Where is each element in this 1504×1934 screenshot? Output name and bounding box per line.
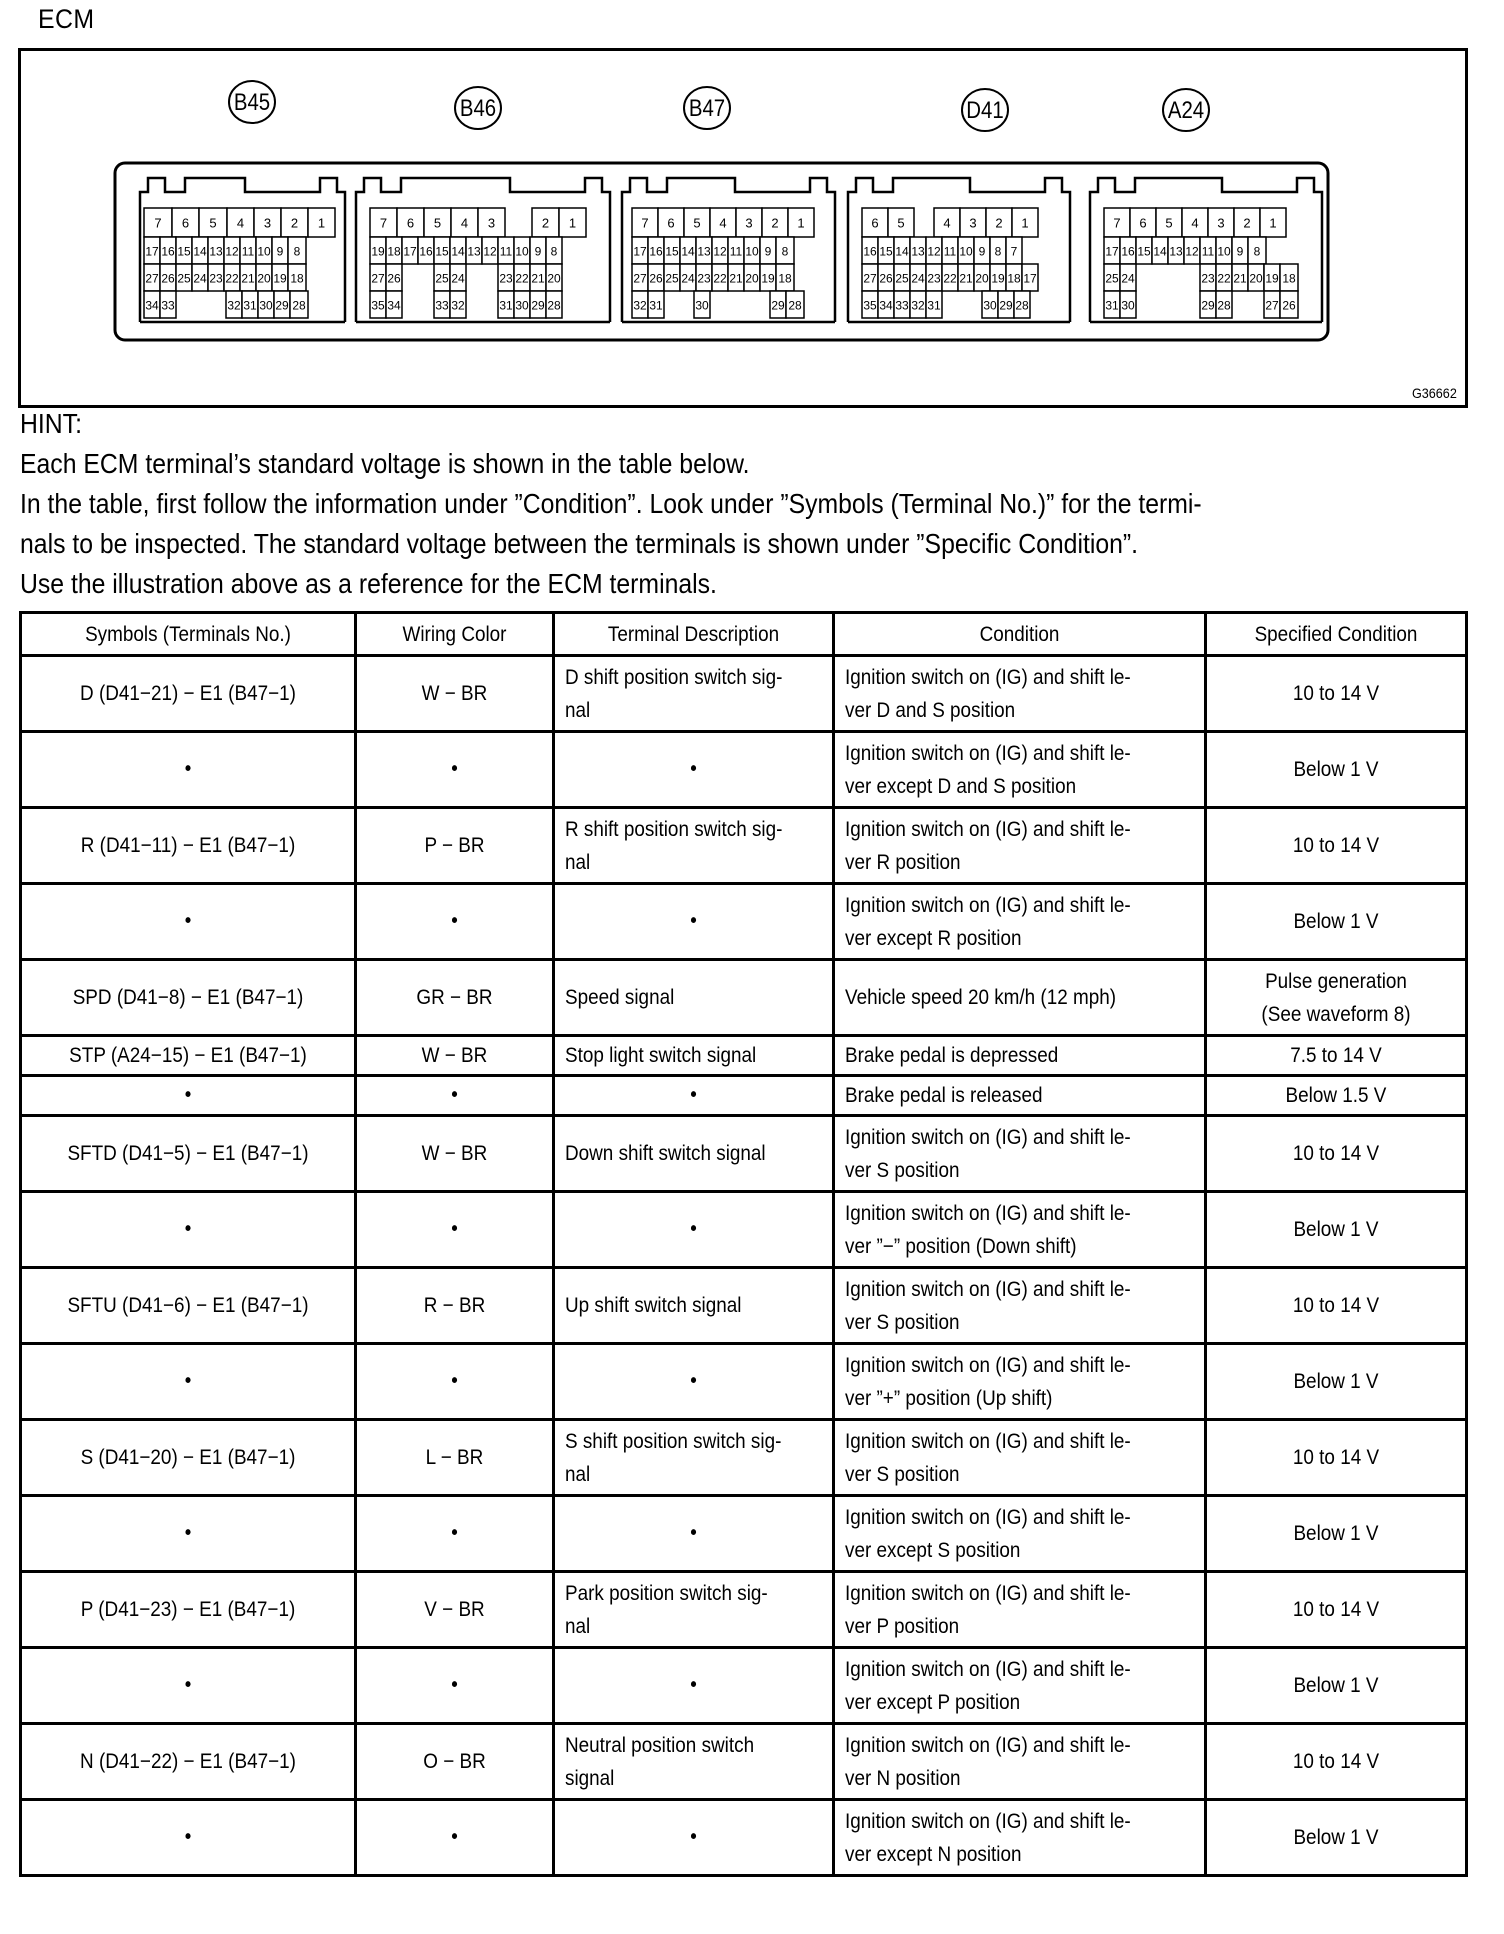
svg-text:20: 20 (547, 272, 561, 286)
cell-terminal-description: • (554, 1076, 834, 1116)
table-row: N (D41−22) − E1 (B47−1)O − BRNeutral pos… (21, 1724, 1467, 1800)
svg-text:14: 14 (895, 245, 909, 259)
svg-text:29: 29 (999, 299, 1013, 313)
table-row: SPD (D41−8) − E1 (B47−1)GR − BRSpeed sig… (21, 960, 1467, 1036)
svg-text:19: 19 (371, 245, 385, 259)
svg-text:35: 35 (371, 299, 385, 313)
cell-condition: Brake pedal is depressed (834, 1036, 1206, 1076)
table-row: P (D41−23) − E1 (B47−1)V − BRPark positi… (21, 1572, 1467, 1648)
connector-label-a24: A24 (1163, 89, 1209, 131)
cell-specified-condition: 10 to 14 V (1206, 1420, 1467, 1496)
svg-text:20: 20 (975, 272, 989, 286)
cell-specified-condition: Below 1 V (1206, 1192, 1467, 1268)
svg-text:33: 33 (435, 299, 449, 313)
svg-text:5: 5 (209, 216, 216, 231)
svg-text:13: 13 (911, 245, 925, 259)
svg-text:8: 8 (1254, 245, 1261, 259)
svg-text:11: 11 (500, 245, 513, 259)
table-row: •••Ignition switch on (IG) and shift le-… (21, 732, 1467, 808)
hint-title: HINT: (20, 404, 1303, 444)
cell-condition: Ignition switch on (IG) and shift le- ve… (834, 656, 1206, 732)
svg-text:11: 11 (1202, 245, 1215, 259)
svg-text:5: 5 (897, 216, 904, 231)
cell-wiring-color: L − BR (356, 1420, 554, 1496)
cell-terminal-description: • (554, 732, 834, 808)
svg-text:26: 26 (879, 272, 893, 286)
svg-text:21: 21 (531, 272, 545, 286)
svg-text:23: 23 (209, 272, 223, 286)
svg-text:25: 25 (177, 272, 191, 286)
svg-text:27: 27 (633, 272, 647, 286)
cell-wiring-color: • (356, 1648, 554, 1724)
cell-condition: Ignition switch on (IG) and shift le- ve… (834, 1572, 1206, 1648)
svg-text:13: 13 (697, 245, 711, 259)
svg-text:9: 9 (535, 245, 542, 259)
svg-text:14: 14 (451, 245, 465, 259)
svg-text:8: 8 (294, 245, 301, 259)
cell-wiring-color: V − BR (356, 1572, 554, 1648)
svg-text:4: 4 (237, 216, 244, 231)
cell-condition: Brake pedal is released (834, 1076, 1206, 1116)
svg-text:1: 1 (318, 216, 325, 231)
svg-text:13: 13 (467, 245, 481, 259)
cell-condition: Ignition switch on (IG) and shift le- ve… (834, 1800, 1206, 1876)
svg-text:26: 26 (1282, 299, 1296, 313)
svg-text:3: 3 (488, 216, 495, 231)
svg-text:20: 20 (745, 272, 759, 286)
svg-text:21: 21 (1233, 272, 1247, 286)
svg-text:28: 28 (292, 299, 306, 313)
header-symbols: Symbols (Terminals No.) (21, 613, 356, 656)
svg-text:16: 16 (161, 245, 175, 259)
cell-symbol: • (21, 884, 356, 960)
cell-terminal-description: Neutral position switch signal (554, 1724, 834, 1800)
cell-specified-condition: 10 to 14 V (1206, 656, 1467, 732)
svg-text:14: 14 (1153, 245, 1167, 259)
svg-text:16: 16 (649, 245, 663, 259)
cell-wiring-color: P − BR (356, 808, 554, 884)
svg-text:28: 28 (788, 299, 802, 313)
svg-text:18: 18 (387, 245, 401, 259)
svg-text:15: 15 (177, 245, 191, 259)
svg-text:30: 30 (259, 299, 273, 313)
svg-text:17: 17 (1023, 272, 1037, 286)
cell-terminal-description: • (554, 1800, 834, 1876)
svg-text:29: 29 (1201, 299, 1215, 313)
cell-condition: Ignition switch on (IG) and shift le- ve… (834, 1648, 1206, 1724)
table-row: •••Brake pedal is releasedBelow 1.5 V (21, 1076, 1467, 1116)
svg-text:3: 3 (969, 216, 976, 231)
svg-text:27: 27 (863, 272, 877, 286)
svg-text:33: 33 (895, 299, 909, 313)
svg-text:1: 1 (569, 216, 576, 231)
svg-text:6: 6 (407, 216, 414, 231)
svg-text:10: 10 (745, 245, 759, 259)
header-specified-condition: Specified Condition (1206, 613, 1467, 656)
cell-wiring-color: W − BR (356, 1116, 554, 1192)
svg-text:23: 23 (927, 272, 941, 286)
svg-text:22: 22 (515, 272, 529, 286)
svg-text:31: 31 (649, 299, 663, 313)
table-row: STP (A24−15) − E1 (B47−1)W − BRStop ligh… (21, 1036, 1467, 1076)
cell-symbol: • (21, 1344, 356, 1420)
svg-text:20: 20 (257, 272, 271, 286)
cell-terminal-description: • (554, 1648, 834, 1724)
cell-specified-condition: 10 to 14 V (1206, 1572, 1467, 1648)
svg-text:27: 27 (1265, 299, 1279, 313)
svg-text:33: 33 (161, 299, 175, 313)
svg-text:22: 22 (225, 272, 239, 286)
cell-terminal-description: • (554, 884, 834, 960)
svg-text:24: 24 (451, 272, 465, 286)
cell-terminal-description: D shift position switch sig- nal (554, 656, 834, 732)
cell-terminal-description: Down shift switch signal (554, 1116, 834, 1192)
cell-symbol: P (D41−23) − E1 (B47−1) (21, 1572, 356, 1648)
svg-text:30: 30 (1121, 299, 1135, 313)
cell-condition: Vehicle speed 20 km/h (12 mph) (834, 960, 1206, 1036)
cell-condition: Ignition switch on (IG) and shift le- ve… (834, 1420, 1206, 1496)
svg-text:26: 26 (387, 272, 401, 286)
cell-specified-condition: Below 1 V (1206, 1800, 1467, 1876)
svg-text:34: 34 (387, 299, 401, 313)
svg-text:23: 23 (499, 272, 513, 286)
svg-text:15: 15 (435, 245, 449, 259)
svg-text:32: 32 (227, 299, 241, 313)
cell-specified-condition: Below 1.5 V (1206, 1076, 1467, 1116)
svg-text:11: 11 (944, 245, 957, 259)
table-row: R (D41−11) − E1 (B47−1)P − BRR shift pos… (21, 808, 1467, 884)
svg-text:6: 6 (1139, 216, 1146, 231)
hint-section: HINT: Each ECM terminal’s standard volta… (20, 404, 1303, 604)
cell-condition: Ignition switch on (IG) and shift le- ve… (834, 1344, 1206, 1420)
svg-text:8: 8 (551, 245, 558, 259)
svg-text:2: 2 (291, 216, 298, 231)
svg-text:29: 29 (275, 299, 289, 313)
svg-text:5: 5 (1165, 216, 1172, 231)
cell-condition: Ignition switch on (IG) and shift le- ve… (834, 1496, 1206, 1572)
cell-wiring-color: O − BR (356, 1724, 554, 1800)
svg-text:2: 2 (771, 216, 778, 231)
svg-text:10: 10 (1217, 245, 1231, 259)
svg-text:15: 15 (1137, 245, 1151, 259)
svg-text:30: 30 (983, 299, 997, 313)
svg-text:B46: B46 (460, 94, 496, 121)
svg-text:B45: B45 (234, 88, 270, 115)
svg-text:31: 31 (927, 299, 941, 313)
svg-text:D41: D41 (966, 96, 1003, 123)
cell-symbol: • (21, 1076, 356, 1116)
cell-symbol: S (D41−20) − E1 (B47−1) (21, 1420, 356, 1496)
svg-text:18: 18 (1007, 272, 1021, 286)
svg-text:25: 25 (1105, 272, 1119, 286)
svg-text:2: 2 (995, 216, 1002, 231)
cell-condition: Ignition switch on (IG) and shift le- ve… (834, 808, 1206, 884)
svg-text:11: 11 (730, 245, 743, 259)
cell-condition: Ignition switch on (IG) and shift le- ve… (834, 1268, 1206, 1344)
svg-text:13: 13 (209, 245, 223, 259)
header-condition: Condition (834, 613, 1206, 656)
svg-text:30: 30 (695, 299, 709, 313)
svg-text:22: 22 (713, 272, 727, 286)
svg-text:23: 23 (697, 272, 711, 286)
table-row: S (D41−20) − E1 (B47−1)L − BRS shift pos… (21, 1420, 1467, 1496)
cell-symbol: SPD (D41−8) − E1 (B47−1) (21, 960, 356, 1036)
svg-text:24: 24 (193, 272, 207, 286)
svg-text:12: 12 (713, 245, 727, 259)
cell-specified-condition: Below 1 V (1206, 1344, 1467, 1420)
svg-text:8: 8 (782, 245, 789, 259)
cell-wiring-color: W − BR (356, 1036, 554, 1076)
svg-text:32: 32 (633, 299, 647, 313)
svg-text:25: 25 (895, 272, 909, 286)
svg-text:25: 25 (665, 272, 679, 286)
svg-text:16: 16 (863, 245, 877, 259)
svg-text:31: 31 (243, 299, 257, 313)
svg-text:29: 29 (531, 299, 545, 313)
svg-text:15: 15 (879, 245, 893, 259)
svg-text:16: 16 (419, 245, 433, 259)
cell-terminal-description: Up shift switch signal (554, 1268, 834, 1344)
svg-text:19: 19 (991, 272, 1005, 286)
svg-text:15: 15 (665, 245, 679, 259)
svg-text:21: 21 (959, 272, 973, 286)
svg-text:8: 8 (995, 245, 1002, 259)
svg-text:34: 34 (879, 299, 893, 313)
cell-symbol: • (21, 1496, 356, 1572)
svg-text:24: 24 (1121, 272, 1135, 286)
cell-wiring-color: • (356, 1800, 554, 1876)
svg-text:29: 29 (771, 299, 785, 313)
svg-text:31: 31 (1105, 299, 1119, 313)
svg-text:30: 30 (515, 299, 529, 313)
table-header-row: Symbols (Terminals No.) Wiring Color Ter… (21, 613, 1467, 656)
svg-text:12: 12 (483, 245, 497, 259)
cell-symbol: N (D41−22) − E1 (B47−1) (21, 1724, 356, 1800)
cell-terminal-description: • (554, 1192, 834, 1268)
cell-symbol: R (D41−11) − E1 (B47−1) (21, 808, 356, 884)
cell-specified-condition: Below 1 V (1206, 1496, 1467, 1572)
svg-text:4: 4 (1191, 216, 1198, 231)
cell-specified-condition: 10 to 14 V (1206, 1268, 1467, 1344)
table-row: •••Ignition switch on (IG) and shift le-… (21, 884, 1467, 960)
svg-text:1: 1 (1269, 216, 1276, 231)
svg-text:18: 18 (778, 272, 792, 286)
cell-wiring-color: W − BR (356, 656, 554, 732)
table-row: D (D41−21) − E1 (B47−1)W − BRD shift pos… (21, 656, 1467, 732)
svg-text:9: 9 (277, 245, 284, 259)
cell-terminal-description: • (554, 1496, 834, 1572)
cell-wiring-color: • (356, 884, 554, 960)
svg-text:7: 7 (641, 216, 648, 231)
svg-text:1: 1 (1021, 216, 1028, 231)
terminal-voltage-table: Symbols (Terminals No.) Wiring Color Ter… (19, 611, 1468, 1877)
svg-text:17: 17 (145, 245, 159, 259)
cell-specified-condition: 10 to 14 V (1206, 1724, 1467, 1800)
svg-text:17: 17 (1105, 245, 1119, 259)
svg-text:17: 17 (403, 245, 417, 259)
svg-text:B47: B47 (689, 94, 725, 121)
hint-line: Each ECM terminal’s standard voltage is … (20, 444, 1303, 484)
svg-text:10: 10 (959, 245, 973, 259)
svg-text:12: 12 (927, 245, 941, 259)
svg-text:20: 20 (1249, 272, 1263, 286)
cell-terminal-description: R shift position switch sig- nal (554, 808, 834, 884)
svg-text:28: 28 (547, 299, 561, 313)
cell-specified-condition: 7.5 to 14 V (1206, 1036, 1467, 1076)
svg-text:24: 24 (681, 272, 695, 286)
cell-specified-condition: Pulse generation (See waveform 8) (1206, 960, 1467, 1036)
hint-line: nals to be inspected. The standard volta… (20, 524, 1303, 564)
cell-condition: Ignition switch on (IG) and shift le- ve… (834, 1116, 1206, 1192)
cell-wiring-color: GR − BR (356, 960, 554, 1036)
cell-specified-condition: Below 1 V (1206, 1648, 1467, 1724)
svg-text:3: 3 (745, 216, 752, 231)
svg-text:26: 26 (649, 272, 663, 286)
svg-text:7: 7 (1011, 245, 1018, 259)
cell-symbol: • (21, 1648, 356, 1724)
svg-text:9: 9 (765, 245, 772, 259)
cell-symbol: • (21, 1800, 356, 1876)
svg-text:19: 19 (1265, 272, 1279, 286)
table-row: •••Ignition switch on (IG) and shift le-… (21, 1344, 1467, 1420)
hint-line: Use the illustration above as a referenc… (20, 564, 1303, 604)
ecm-connector-illustration: B457654321171615141312111098272625242322… (0, 0, 1504, 410)
svg-text:28: 28 (1015, 299, 1029, 313)
svg-text:9: 9 (979, 245, 986, 259)
connector-label-b47: B47 (684, 87, 730, 129)
svg-text:A24: A24 (1168, 96, 1204, 123)
svg-text:10: 10 (257, 245, 271, 259)
cell-condition: Ignition switch on (IG) and shift le- ve… (834, 732, 1206, 808)
cell-wiring-color: • (356, 1496, 554, 1572)
svg-text:6: 6 (871, 216, 878, 231)
svg-text:26: 26 (161, 272, 175, 286)
svg-text:22: 22 (943, 272, 957, 286)
cell-terminal-description: Stop light switch signal (554, 1036, 834, 1076)
svg-text:17: 17 (633, 245, 647, 259)
cell-terminal-description: Speed signal (554, 960, 834, 1036)
svg-text:12: 12 (225, 245, 239, 259)
header-wiring-color: Wiring Color (356, 613, 554, 656)
svg-text:27: 27 (145, 272, 159, 286)
cell-condition: Ignition switch on (IG) and shift le- ve… (834, 1724, 1206, 1800)
svg-text:4: 4 (461, 216, 468, 231)
svg-text:18: 18 (290, 272, 304, 286)
table-row: SFTU (D41−6) − E1 (B47−1)R − BRUp shift … (21, 1268, 1467, 1344)
svg-text:2: 2 (1243, 216, 1250, 231)
cell-symbol: • (21, 732, 356, 808)
cell-symbol: SFTD (D41−5) − E1 (B47−1) (21, 1116, 356, 1192)
table-row: SFTD (D41−5) − E1 (B47−1)W − BRDown shif… (21, 1116, 1467, 1192)
svg-text:35: 35 (863, 299, 877, 313)
svg-text:11: 11 (242, 245, 255, 259)
svg-text:23: 23 (1201, 272, 1215, 286)
cell-wiring-color: • (356, 1344, 554, 1420)
svg-text:32: 32 (911, 299, 925, 313)
cell-wiring-color: • (356, 1192, 554, 1268)
svg-text:32: 32 (451, 299, 465, 313)
svg-text:7: 7 (380, 216, 387, 231)
svg-text:25: 25 (435, 272, 449, 286)
svg-text:5: 5 (434, 216, 441, 231)
connector-label-d41: D41 (962, 89, 1008, 131)
cell-specified-condition: Below 1 V (1206, 732, 1467, 808)
table-row: •••Ignition switch on (IG) and shift le-… (21, 1192, 1467, 1268)
svg-text:7: 7 (154, 216, 161, 231)
svg-text:13: 13 (1169, 245, 1183, 259)
svg-text:19: 19 (761, 272, 775, 286)
cell-symbol: STP (A24−15) − E1 (B47−1) (21, 1036, 356, 1076)
cell-wiring-color: • (356, 732, 554, 808)
svg-text:18: 18 (1282, 272, 1296, 286)
connector-label-b45: B45 (229, 81, 275, 123)
svg-text:14: 14 (681, 245, 695, 259)
svg-text:7: 7 (1113, 216, 1120, 231)
svg-text:31: 31 (499, 299, 513, 313)
svg-text:10: 10 (515, 245, 529, 259)
svg-text:5: 5 (693, 216, 700, 231)
cell-specified-condition: 10 to 14 V (1206, 1116, 1467, 1192)
table-row: •••Ignition switch on (IG) and shift le-… (21, 1648, 1467, 1724)
cell-specified-condition: Below 1 V (1206, 884, 1467, 960)
cell-condition: Ignition switch on (IG) and shift le- ve… (834, 1192, 1206, 1268)
svg-text:16: 16 (1121, 245, 1135, 259)
svg-text:27: 27 (371, 272, 385, 286)
cell-symbol: D (D41−21) − E1 (B47−1) (21, 656, 356, 732)
svg-text:4: 4 (719, 216, 726, 231)
svg-text:12: 12 (1185, 245, 1199, 259)
svg-text:34: 34 (145, 299, 159, 313)
connector-label-b46: B46 (455, 87, 501, 129)
cell-terminal-description: • (554, 1344, 834, 1420)
svg-text:1: 1 (797, 216, 804, 231)
svg-text:9: 9 (1237, 245, 1244, 259)
table-row: •••Ignition switch on (IG) and shift le-… (21, 1800, 1467, 1876)
cell-terminal-description: S shift position switch sig- nal (554, 1420, 834, 1496)
table-row: •••Ignition switch on (IG) and shift le-… (21, 1496, 1467, 1572)
cell-wiring-color: R − BR (356, 1268, 554, 1344)
svg-text:6: 6 (182, 216, 189, 231)
cell-terminal-description: Park position switch sig- nal (554, 1572, 834, 1648)
svg-text:24: 24 (911, 272, 925, 286)
hint-line: In the table, first follow the informati… (20, 484, 1303, 524)
cell-specified-condition: 10 to 14 V (1206, 808, 1467, 884)
svg-text:19: 19 (273, 272, 287, 286)
svg-text:6: 6 (667, 216, 674, 231)
cell-symbol: • (21, 1192, 356, 1268)
svg-text:3: 3 (264, 216, 271, 231)
svg-text:2: 2 (542, 216, 549, 231)
header-terminal-description: Terminal Description (554, 613, 834, 656)
cell-condition: Ignition switch on (IG) and shift le- ve… (834, 884, 1206, 960)
svg-text:3: 3 (1217, 216, 1224, 231)
svg-text:22: 22 (1217, 272, 1231, 286)
svg-text:14: 14 (193, 245, 207, 259)
svg-text:21: 21 (241, 272, 255, 286)
svg-text:4: 4 (943, 216, 950, 231)
svg-text:21: 21 (729, 272, 743, 286)
svg-text:28: 28 (1217, 299, 1231, 313)
cell-symbol: SFTU (D41−6) − E1 (B47−1) (21, 1268, 356, 1344)
cell-wiring-color: • (356, 1076, 554, 1116)
